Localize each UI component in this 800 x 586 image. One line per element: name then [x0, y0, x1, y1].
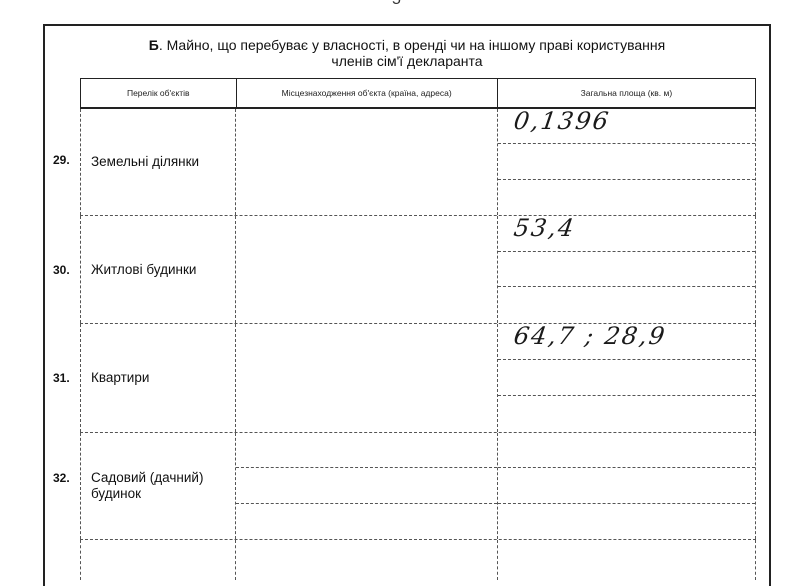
area-subcell[interactable] — [498, 504, 755, 539]
area-cell: 64,7 ; 28,9 — [497, 324, 756, 432]
row-number: 32. — [53, 471, 70, 485]
section-title-line2: членів сім'ї декларанта — [331, 53, 482, 69]
header-area: Загальна площа (кв. м) — [497, 79, 755, 107]
page-number: 5 — [392, 0, 401, 9]
row-label: Земельні ділянки — [80, 109, 235, 215]
table-row-apartments: 31. Квартири 64,7 ; 28,9 — [80, 324, 756, 433]
table-row-next — [80, 540, 756, 568]
table-row-summer-house: 32. Садовий (дачний) будинок — [80, 433, 756, 540]
area-subcell[interactable] — [498, 287, 755, 323]
location-cell[interactable] — [235, 216, 497, 323]
location-cell[interactable] — [235, 324, 497, 432]
location-subcell[interactable] — [236, 504, 497, 539]
area-subcell[interactable]: 0,1396 — [498, 109, 755, 144]
area-cell[interactable] — [497, 540, 756, 568]
row-number: 31. — [53, 371, 70, 385]
row-label: Квартири — [80, 324, 235, 432]
area-subcell[interactable] — [498, 433, 755, 468]
row-label: Садовий (дачний) будинок — [80, 433, 235, 539]
area-subcell[interactable] — [498, 144, 755, 179]
location-cell[interactable] — [235, 109, 497, 215]
property-table: Перелік об'єктів Місцезнаходження об'єкт… — [80, 78, 756, 568]
area-cell: 53,4 — [497, 216, 756, 323]
location-cell — [235, 433, 497, 539]
area-subcell[interactable] — [498, 252, 755, 288]
area-cell: 0,1396 — [497, 109, 756, 215]
area-subcell[interactable] — [498, 396, 755, 432]
table-row-houses: 30. Житлові будинки 53,4 — [80, 216, 756, 324]
location-subcell[interactable] — [236, 468, 497, 503]
area-subcell[interactable] — [498, 468, 755, 503]
handwritten-value: 0,1396 — [512, 107, 612, 135]
area-subcell[interactable] — [498, 360, 755, 396]
location-cell[interactable] — [235, 540, 497, 568]
table-header: Перелік об'єктів Місцезнаходження об'єкт… — [80, 78, 756, 109]
declaration-section-frame: Б. Майно, що перебуває у власності, в ор… — [43, 24, 771, 568]
area-subcell[interactable] — [498, 180, 755, 215]
row-number: 30. — [53, 263, 70, 277]
area-subcell[interactable]: 64,7 ; 28,9 — [498, 324, 755, 360]
header-objects: Перелік об'єктів — [81, 79, 236, 107]
row-label: Житлові будинки — [80, 216, 235, 323]
section-title-text: . Майно, що перебуває у власності, в оре… — [159, 37, 665, 53]
row-number: 29. — [53, 153, 70, 167]
row-label — [80, 540, 235, 568]
area-subcell[interactable]: 53,4 — [498, 216, 755, 252]
section-title: Б. Майно, що перебуває у власності, в ор… — [45, 37, 769, 69]
handwritten-value: 53,4 — [512, 214, 577, 242]
handwritten-value: 64,7 ; 28,9 — [512, 322, 668, 350]
area-cell — [497, 433, 756, 539]
location-subcell[interactable] — [236, 433, 497, 468]
table-row-land: 29. Земельні ділянки 0,1396 — [80, 109, 756, 216]
section-letter: Б — [149, 37, 159, 53]
header-location: Місцезнаходження об'єкта (країна, адреса… — [236, 79, 497, 107]
